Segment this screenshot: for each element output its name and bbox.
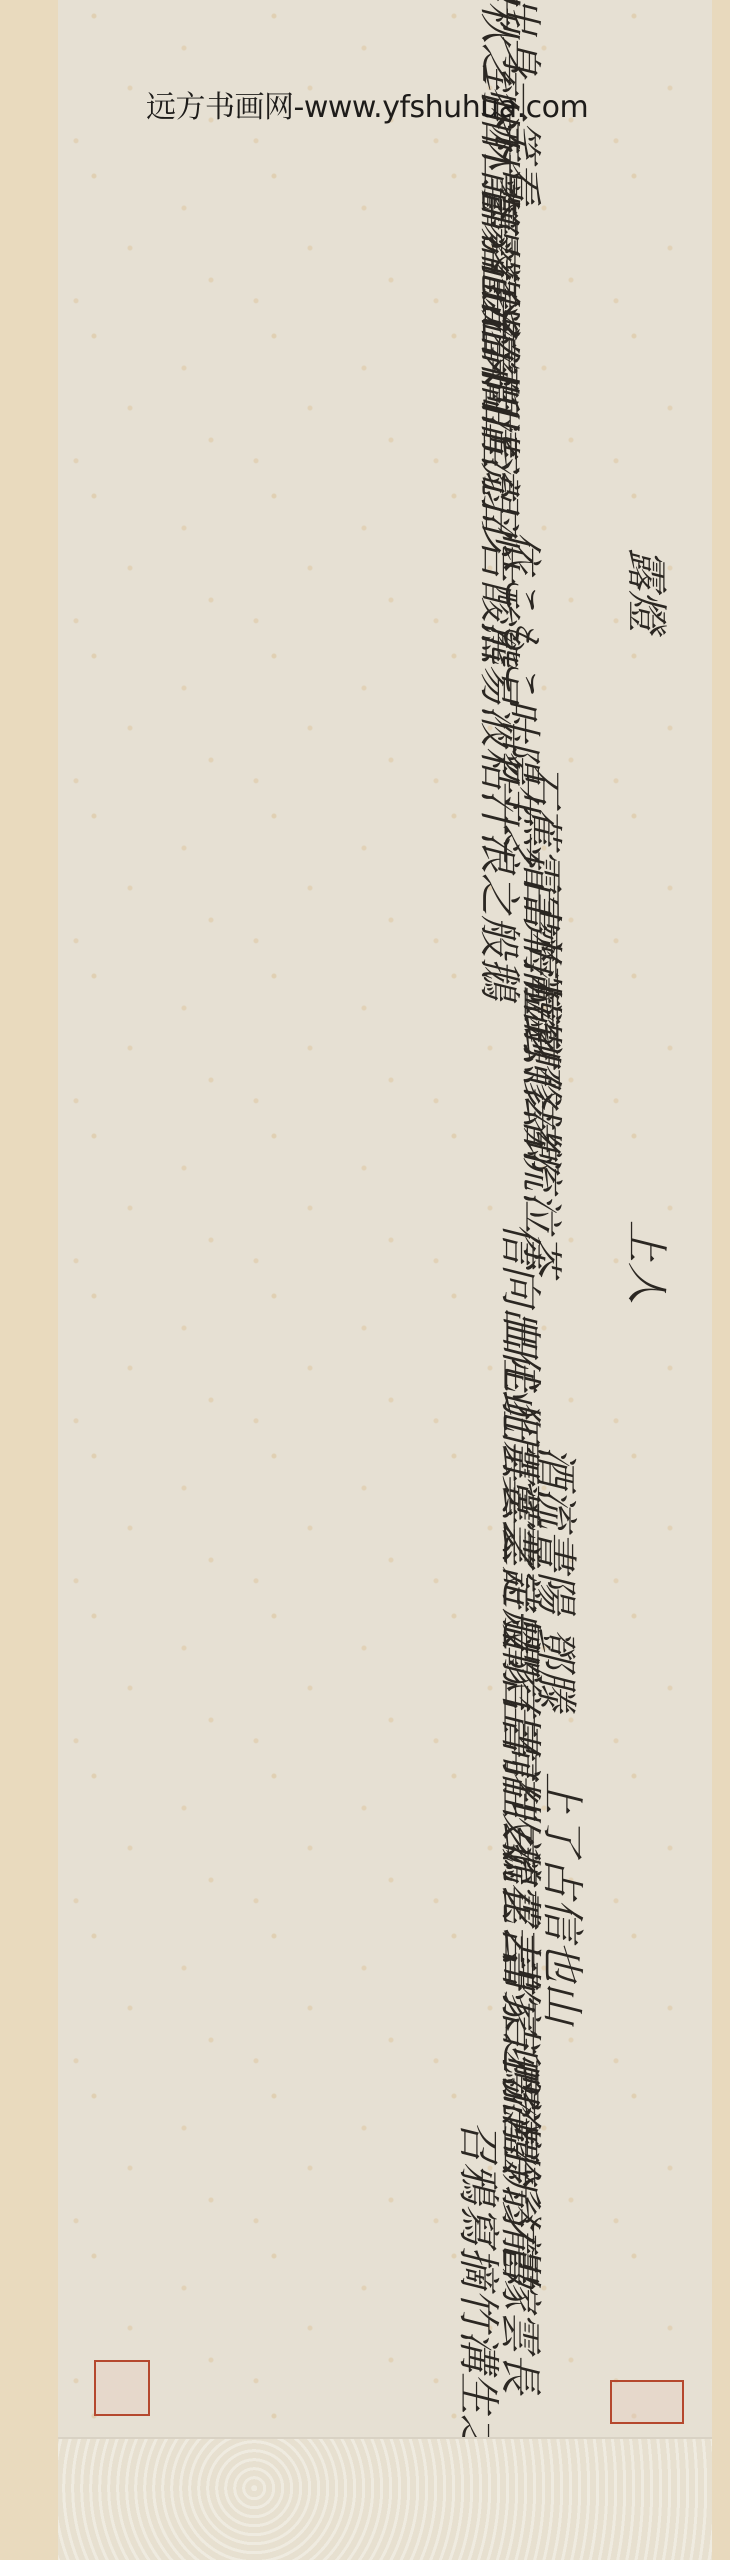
calligraphy-line: 雲定是隊佳何佳玄 bbox=[98, 1662, 688, 1722]
calligraphy-line: 鵝雲言的吉鴉冷士 bbox=[98, 1978, 688, 2038]
seal-stamp-left bbox=[94, 2360, 150, 2416]
calligraphy-line: 到栖亡簫落金泊非山 bbox=[98, 222, 688, 282]
calligraphy-line: 李ゞ征流深甜至弱沙 bbox=[98, 334, 688, 394]
paper-panel: 之忘而出身一笑看 韶秋之谷林龍陽龍光 到栖亡簫落金泊非山 李ゞ征流深甜至弱沙 指… bbox=[58, 0, 712, 2437]
brocade-mounting bbox=[58, 2437, 712, 2560]
calligraphy-line: 石蕉霜書梅粒到 bbox=[98, 880, 688, 940]
seal-stamp-right bbox=[610, 2380, 684, 2424]
calligraphy-line: 門清冷翁龍嫁雲長 bbox=[98, 2196, 688, 2256]
calligraphy-line: 上人 bbox=[528, 1232, 688, 1292]
calligraphy-line: 酒流書陽 鄧滕 bbox=[98, 1548, 688, 1608]
calligraphy-line: 之忘而出身一笑看 bbox=[98, 5, 688, 65]
calligraphy-scroll: 之忘而出身一笑看 韶秋之谷林龍陽龍光 到栖亡簫落金泊非山 李ゞ征流深甜至弱沙 指… bbox=[58, 0, 712, 2560]
site-watermark: 远方书画网-www.yfshuhua.com bbox=[146, 82, 588, 126]
calligraphy-line: 依こもこ叶陽生之 bbox=[98, 668, 688, 728]
calligraphy-line: 潤言書諸收流花去 bbox=[98, 1768, 688, 1828]
calligraphy-line: 田心狂雲雲之詩般 bbox=[98, 1452, 688, 1512]
calligraphy-line: 沿易液粘汁浪之般鵝 bbox=[98, 780, 688, 840]
calligraphy-line: 召鴉寫摘竹溝生之鄰林 bbox=[98, 2300, 688, 2360]
calligraphy-line: 書家迎流塵新夕書 bbox=[98, 2086, 688, 2146]
left-margin bbox=[0, 0, 58, 2560]
calligraphy-line: 信向出佳此開翼雲 bbox=[98, 1360, 688, 1420]
calligraphy-line: 虚玄修渚流泣茶 bbox=[98, 1098, 688, 1158]
calligraphy-line: 露燈 bbox=[538, 560, 688, 620]
calligraphy-line: 韶秋之谷林龍陽龍光 bbox=[98, 118, 688, 178]
calligraphy-line: 指春問溝流日吉酸熊 bbox=[98, 445, 688, 505]
calligraphy-line: 百齊蒲滿照法鄉 bbox=[98, 992, 688, 1052]
